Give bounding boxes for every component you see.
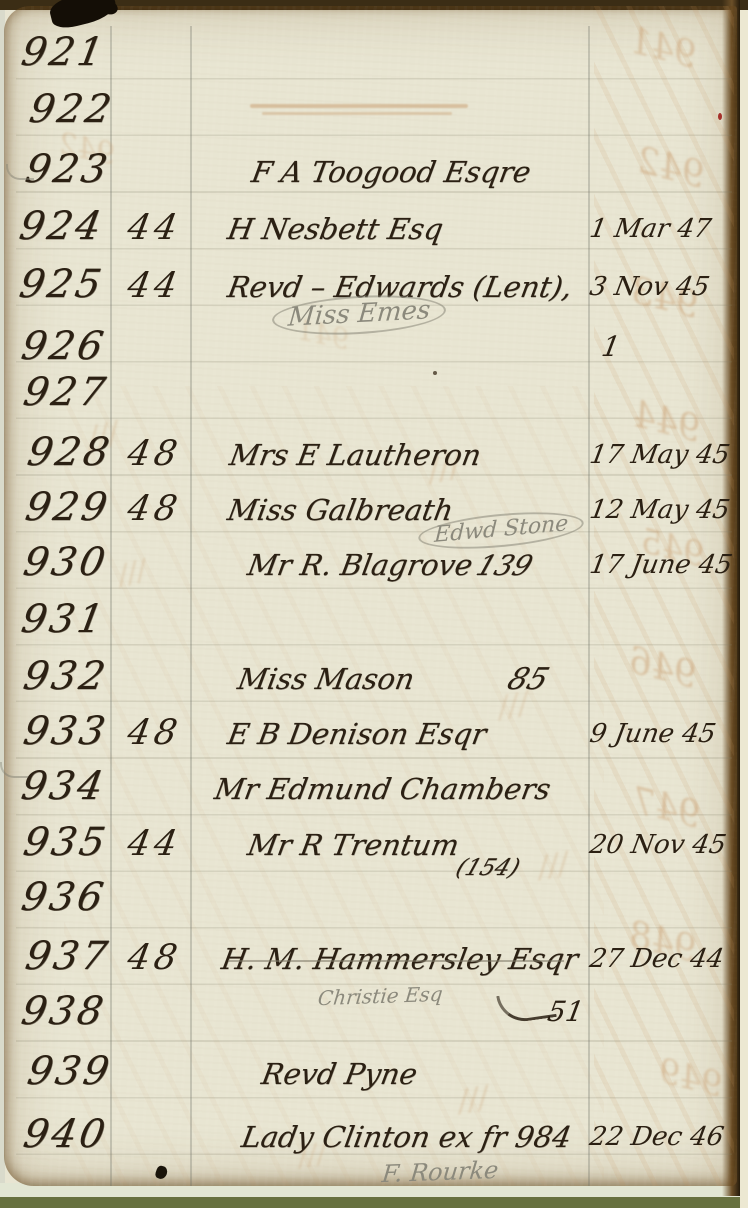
entry-shelf-number: 44 xyxy=(124,208,184,248)
ledger-row: 921 xyxy=(0,30,740,82)
entry-number: 939 xyxy=(24,1049,115,1094)
entry-number: 925 xyxy=(16,262,107,307)
entry-date: 12 May 45 xyxy=(587,495,732,525)
entry-extra-number: 139 xyxy=(472,549,537,582)
entry-date: 9 June 45 xyxy=(587,719,718,749)
ledger-row: 930Mr R. Blagrove13917 June 45 xyxy=(0,540,740,592)
entry-number: 930 xyxy=(20,540,111,585)
entry-shelf-number: 44 xyxy=(124,266,184,306)
entry-shelf-number: 48 xyxy=(124,713,184,753)
ink-smear xyxy=(262,112,452,115)
entry-number: 927 xyxy=(20,370,111,415)
ledger-row: 934Mr Edmund Chambers xyxy=(0,764,740,816)
entry-name: Revd Pyne xyxy=(259,1057,420,1091)
entry-name: Mrs E Lautheron xyxy=(227,438,484,472)
entry-date: 17 May 45 xyxy=(587,440,732,470)
scanned-ledger-screenshot: 941942942943941944945///946///947///9489… xyxy=(0,0,748,1208)
ledger-row: 93544Mr R Trentum(154)20 Nov 45 xyxy=(0,820,740,872)
entry-number: 923 xyxy=(22,147,113,192)
entry-date: 22 Dec 46 xyxy=(587,1122,726,1152)
entry-date: 27 Dec 44 xyxy=(587,944,726,974)
scan-background-bottom xyxy=(0,1197,748,1208)
entry-date: 17 June 45 xyxy=(587,550,734,580)
ledger-row: 932Miss Mason85 xyxy=(0,654,740,706)
entry-date: 3 Nov 45 xyxy=(587,272,712,302)
entry-name: F A Toogood Esqre xyxy=(249,155,533,189)
ledger-row: 923F A Toogood Esqre xyxy=(0,147,740,199)
entry-shelf-number: 48 xyxy=(124,938,184,978)
entry-number: 922 xyxy=(26,87,117,132)
pencil-annotation: F. Rourke xyxy=(381,1156,500,1188)
ledger-row: 940Lady Clinton ex fr 98422 Dec 46 xyxy=(0,1112,740,1164)
entry-number: 935 xyxy=(20,820,111,865)
ledger-row: 936 xyxy=(0,875,740,927)
ledger-row: 931 xyxy=(0,597,740,649)
entry-name: Miss Mason85 xyxy=(235,662,550,697)
entry-number: 932 xyxy=(20,654,111,699)
entry-name: Lady Clinton ex fr 984 xyxy=(239,1120,574,1154)
entry-mark: 1 xyxy=(599,330,623,363)
entry-number: 933 xyxy=(20,709,111,754)
entry-name: Miss Galbreath xyxy=(225,493,456,527)
ledger-row: 93348E B Denison Esqr9 June 45 xyxy=(0,709,740,761)
ink-smear xyxy=(250,104,468,108)
entry-number: 934 xyxy=(18,764,109,809)
entry-number: 938 xyxy=(18,989,109,1034)
entry-shelf-number: 48 xyxy=(124,489,184,529)
ledger-row: 927 xyxy=(0,370,740,422)
entry-date: 1 Mar 47 xyxy=(587,214,713,244)
entry-name: Mr R Trentum(154) xyxy=(245,828,526,862)
ledger-row: 92444H Nesbett Esq1 Mar 47 xyxy=(0,204,740,256)
entry-number: 937 xyxy=(22,934,113,979)
red-speck xyxy=(718,113,722,120)
entry-number: 928 xyxy=(24,430,115,475)
entry-number: 926 xyxy=(18,324,109,369)
ink-dot xyxy=(433,371,437,375)
entry-name: Mr R. Blagrove139 xyxy=(245,548,535,582)
entry-number: 940 xyxy=(20,1112,111,1157)
entry-number: 936 xyxy=(18,875,109,920)
entry-name: H. M. Hammersley Esqr xyxy=(219,942,581,976)
ledger-row: 92848Mrs E Lautheron17 May 45 xyxy=(0,430,740,482)
entry-date: 20 Nov 45 xyxy=(587,830,728,860)
entry-number: 924 xyxy=(16,204,107,249)
entry-name: H Nesbett Esq xyxy=(225,212,446,246)
entry-number: 931 xyxy=(18,597,109,642)
entry-name: E B Denison Esqr xyxy=(225,717,489,751)
strike-through-line xyxy=(228,960,564,962)
ledger-row: 939Revd Pyne xyxy=(0,1049,740,1101)
entry-extra-number: 85 xyxy=(503,662,554,697)
entry-number: 929 xyxy=(22,485,113,530)
pencil-annotation: Christie Esq xyxy=(317,982,444,1010)
entry-number: 921 xyxy=(18,30,109,75)
entry-name: Mr Edmund Chambers xyxy=(212,772,553,806)
ledger-row: 92948Miss Galbreath12 May 45 xyxy=(0,485,740,537)
scan-background-right xyxy=(740,0,748,1208)
entry-shelf-number: 44 xyxy=(124,824,184,864)
entry-shelf-number: 48 xyxy=(124,434,184,474)
